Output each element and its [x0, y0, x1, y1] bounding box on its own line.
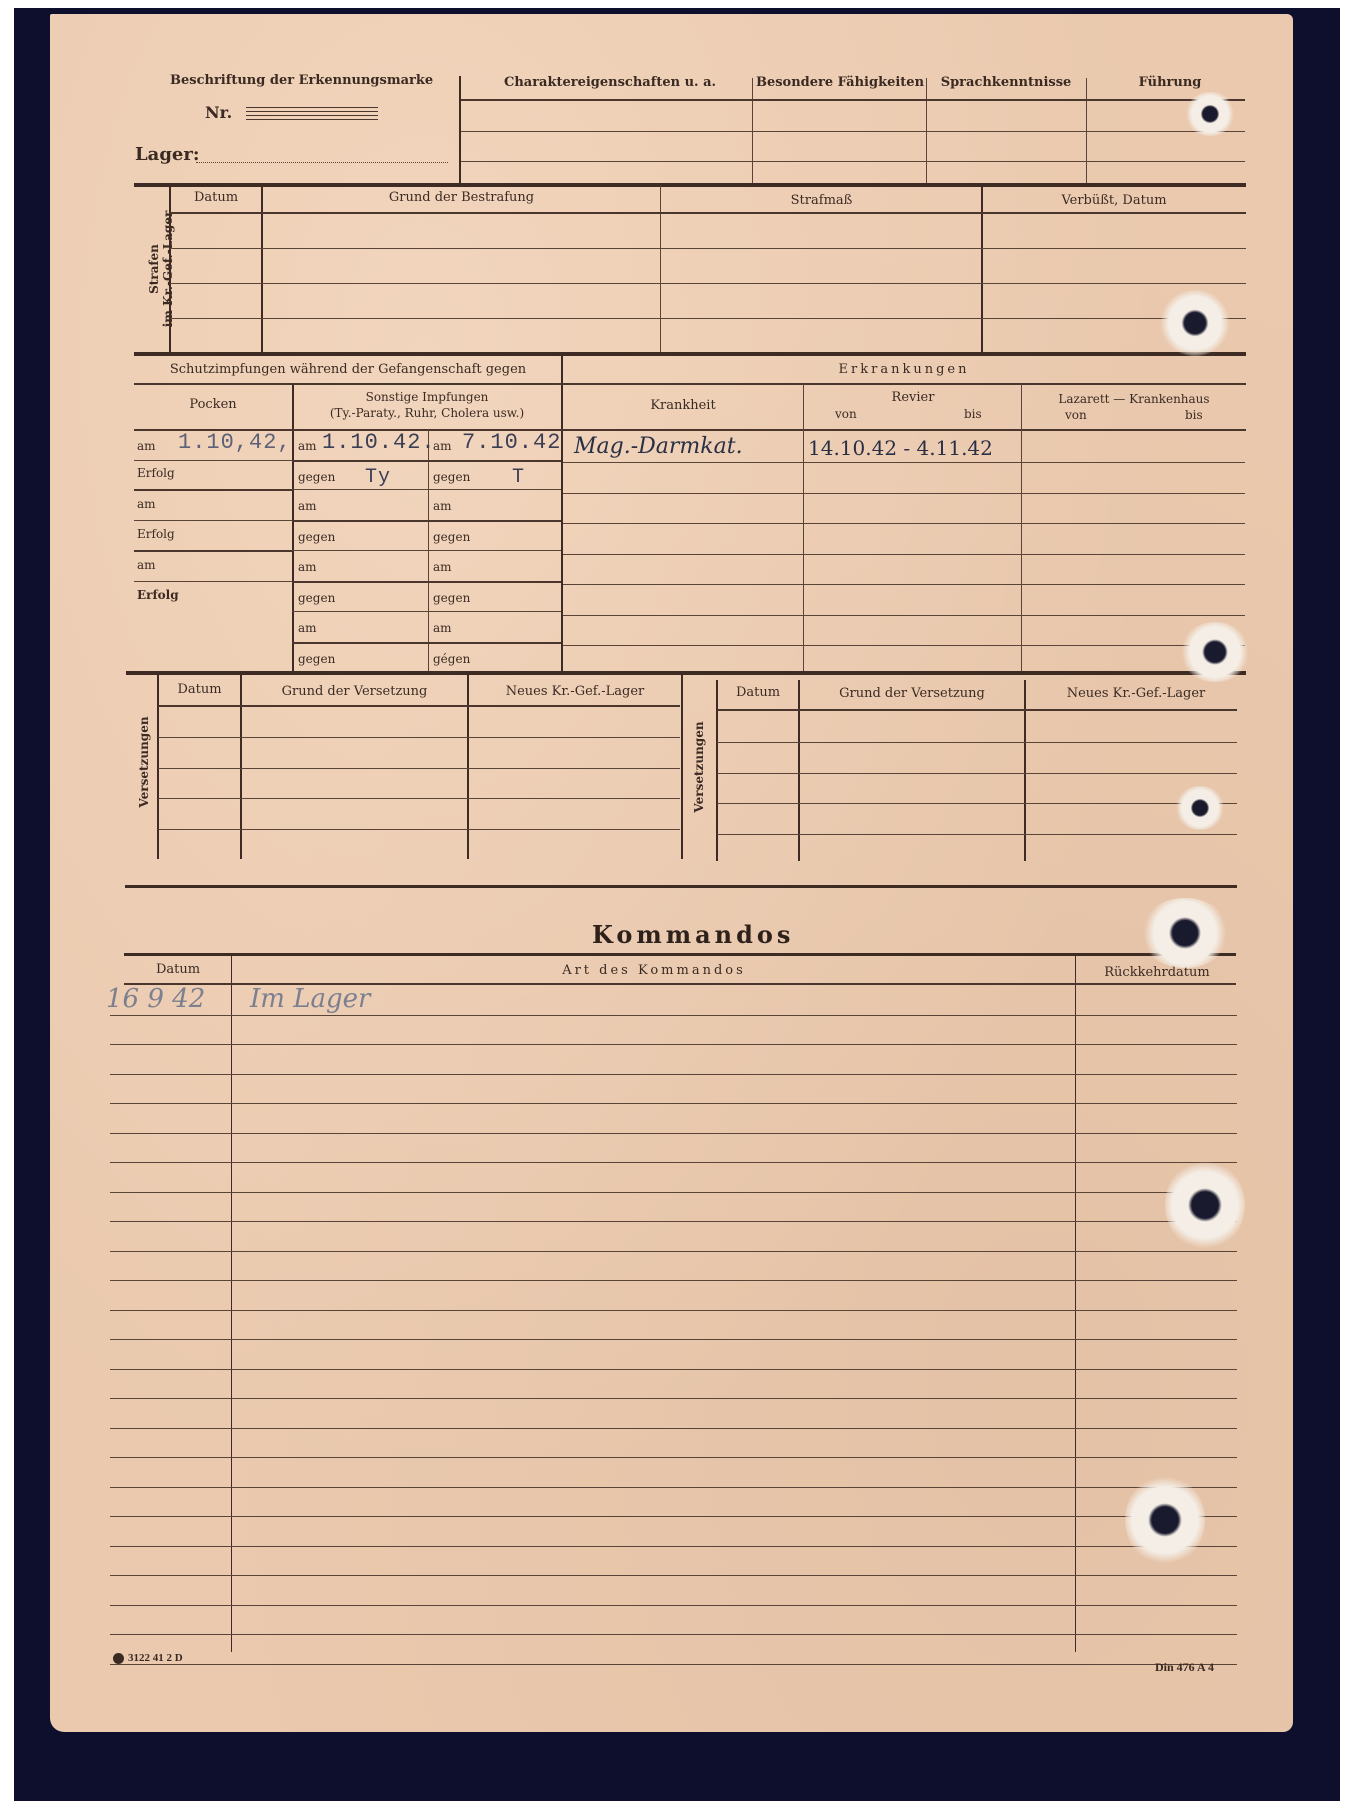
kommando-row-line	[110, 1664, 1237, 1665]
lazarett-von: von	[1065, 408, 1087, 422]
kommando-row-line	[110, 1575, 1237, 1576]
lager-label: Lager:	[135, 144, 200, 165]
illnesses-title: Erkrankungen	[563, 362, 1245, 377]
col-kommando-date: Datum	[125, 962, 231, 977]
kommando-row-line	[110, 1251, 1237, 1252]
kommando-row-line	[110, 1280, 1237, 1281]
languages-field[interactable]	[928, 101, 1084, 183]
punch-hole-damage	[1160, 290, 1230, 356]
transfers-side-label-right: Versetzungen	[692, 717, 712, 817]
kommando-row-line	[110, 1428, 1237, 1429]
kommando-row-line	[110, 1457, 1237, 1458]
kommando-row-line	[110, 1221, 1237, 1222]
kommando-row-line	[110, 1074, 1237, 1075]
transfers-side-label-left: Versetzungen	[137, 712, 157, 812]
col-other-line2: (Ty.-Paraty., Ruhr, Cholera usw.)	[294, 406, 560, 420]
col-penalty-date: Datum	[171, 190, 261, 205]
col-abilities: Besondere Fähigkeiten	[754, 75, 926, 90]
kommandos-table-body[interactable]	[110, 985, 1237, 1650]
punch-hole-damage	[1180, 622, 1250, 682]
col-penalty-served: Verbüßt, Datum	[983, 193, 1245, 208]
lazarett-bis: bis	[1185, 408, 1203, 422]
col-transfer-date-right: Datum	[718, 685, 798, 700]
col-transfer-camp-right: Neues Kr.-Gef.-Lager	[1026, 686, 1246, 701]
vaccinations-title: Schutzimpfungen während der Gefangenscha…	[134, 362, 562, 377]
nr-label: Nr.	[205, 103, 232, 122]
penalties-table-body[interactable]	[171, 214, 1245, 352]
col-character: Charaktereigenschaften u. a.	[465, 75, 755, 90]
col-transfer-date-left: Datum	[159, 682, 240, 697]
kommando-row-line	[110, 1103, 1237, 1104]
kommando-row-line	[110, 1133, 1237, 1134]
lager-field[interactable]	[196, 162, 448, 163]
kommando-row-line	[110, 1369, 1237, 1370]
din-format: Din 476 A 4	[1155, 1660, 1214, 1675]
col-penalty-measure: Strafmaß	[662, 193, 981, 208]
kommando-row-line	[110, 1634, 1237, 1635]
col-revier: Revier	[805, 390, 1021, 405]
kommandos-title: Kommandos	[592, 920, 794, 949]
kommando-row-line	[110, 1044, 1237, 1045]
col-kommando-return: Rückkehrdatum	[1077, 965, 1237, 980]
punch-hole-damage	[1140, 898, 1230, 968]
print-code-text: 3122 41 2 D	[128, 1652, 183, 1664]
kommando-row-line	[110, 1339, 1237, 1340]
print-code: 3122 41 2 D	[113, 1652, 183, 1664]
col-languages: Sprachkenntnisse	[928, 75, 1084, 90]
vaccinations-table-body[interactable]	[134, 431, 560, 671]
kommando-row-line	[110, 1546, 1237, 1547]
col-other-line1: Sonstige Impfungen	[294, 390, 560, 404]
revier-von: von	[835, 407, 857, 421]
col-lazarett: Lazarett — Krankenhaus	[1023, 392, 1245, 406]
nr-field[interactable]	[246, 106, 378, 122]
abilities-field[interactable]	[754, 101, 924, 183]
transfers-right-table-body[interactable]	[718, 711, 1236, 859]
punch-hole-damage	[1175, 786, 1225, 830]
tag-label: Beschriftung der Erkennungsmarke	[170, 73, 430, 88]
kommando-row-line	[110, 1015, 1237, 1016]
col-kommando-type: Art des Kommandos	[233, 963, 1075, 978]
publisher-emblem-icon	[113, 1653, 124, 1664]
penalties-side-label-1: Strafen	[147, 244, 161, 294]
kommando-row-line	[110, 1192, 1237, 1193]
punch-hole-damage	[1125, 1475, 1205, 1565]
col-transfer-reason-left: Grund der Versetzung	[242, 684, 467, 699]
revier-bis: bis	[964, 407, 982, 421]
col-krankheit: Krankheit	[563, 398, 803, 413]
col-conduct: Führung	[1090, 75, 1250, 90]
punch-hole-damage	[1165, 1160, 1245, 1250]
kommando-row-line	[110, 1398, 1237, 1399]
character-field[interactable]	[462, 101, 750, 183]
col-pocken: Pocken	[134, 397, 292, 412]
col-penalty-reason: Grund der Bestrafung	[263, 190, 660, 205]
kommando-row-line	[110, 1516, 1237, 1517]
kommando-row-line	[110, 1162, 1237, 1163]
punch-hole-damage	[1185, 92, 1235, 136]
kommando-row-line	[110, 1487, 1237, 1488]
col-transfer-reason-right: Grund der Versetzung	[800, 686, 1024, 701]
kommando-row-line	[110, 1310, 1237, 1311]
illnesses-table-body[interactable]	[563, 431, 1245, 671]
col-transfer-camp-left: Neues Kr.-Gef.-Lager	[469, 684, 681, 699]
transfers-left-table-body[interactable]	[159, 707, 679, 857]
kommando-row-line	[110, 1605, 1237, 1606]
